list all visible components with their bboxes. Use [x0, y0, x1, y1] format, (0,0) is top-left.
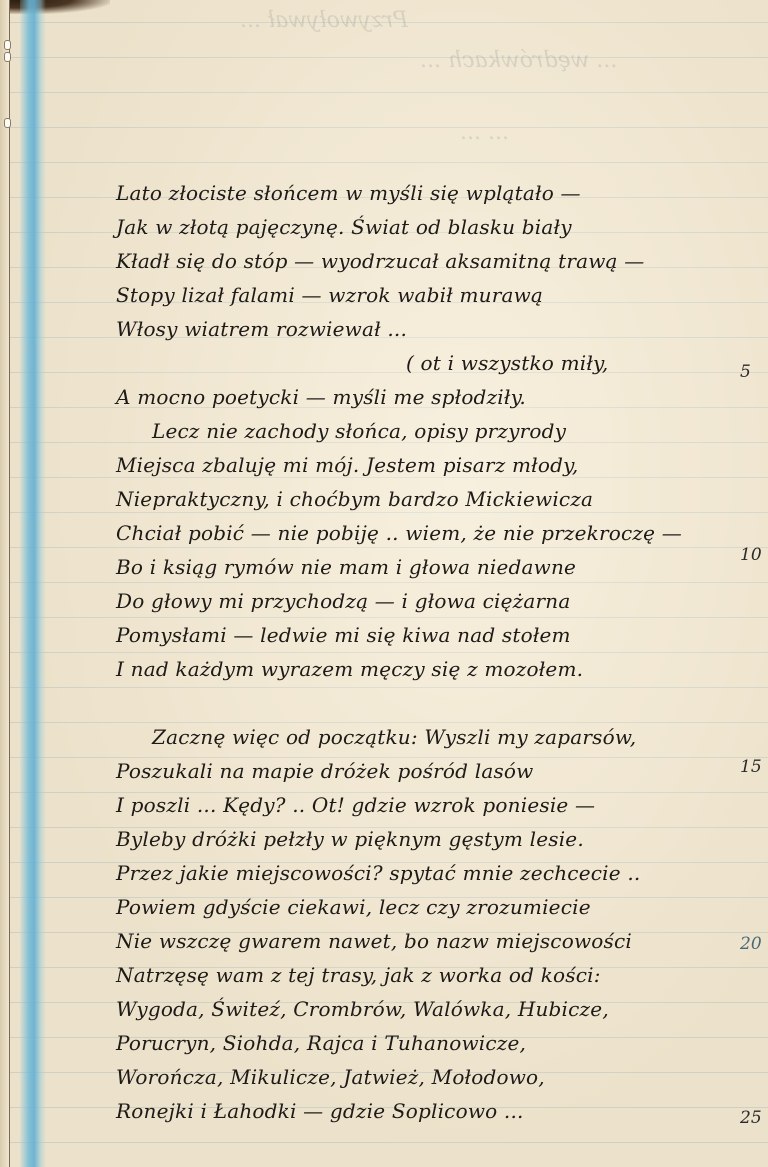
- line-number: 5: [740, 362, 751, 382]
- bleed-through-text: Przywoływał ...: [240, 8, 408, 33]
- poem-line: Lecz nie zachody słońca, opisy przyrody: [116, 414, 716, 448]
- poem-line: Włosy wiatrem rozwiewał ...: [116, 312, 716, 346]
- poem-line: Worończa, Mikulicze, Jatwież, Mołodowo,: [116, 1060, 716, 1094]
- poem-line: Miejsca zbaluję mi mój. Jestem pisarz mł…: [116, 448, 716, 482]
- poem-line-continuation: ( ot i wszystko miły,: [116, 346, 716, 380]
- poem-line: Natrzęsę wam z tej trasy, jak z worka od…: [116, 958, 716, 992]
- poem-line: Porucryn, Siohda, Rajca i Tuhanowicze,: [116, 1026, 716, 1060]
- blue-margin-line: [20, 0, 46, 1167]
- binding-hole: [4, 40, 11, 50]
- stanza-gap: [116, 686, 716, 720]
- poem-line: Ronejki i Łahodki — gdzie Soplicowo ...: [116, 1094, 716, 1128]
- binding-hole: [4, 118, 11, 128]
- poem-line: Wygoda, Świteź, Crombrów, Walówka, Hubic…: [116, 992, 716, 1026]
- poem-line: Bo i ksiąg rymów nie mam i głowa niedawn…: [116, 550, 716, 584]
- poem-body: Lato złociste słońcem w myśli się wpląta…: [116, 176, 716, 1128]
- poem-line: I poszli ... Kędy? .. Ot! gdzie wzrok po…: [116, 788, 716, 822]
- bleed-through-text: ... wędrówkach ...: [420, 48, 617, 73]
- poem-line: Do głowy mi przychodzą — i głowa ciężarn…: [116, 584, 716, 618]
- bleed-through-text: ... ...: [460, 120, 509, 145]
- poem-line: Stopy lizał falami — wzrok wabił murawą: [116, 278, 716, 312]
- line-number: 25: [740, 1108, 762, 1128]
- poem-line: Pomysłami — ledwie mi się kiwa nad stołe…: [116, 618, 716, 652]
- line-number: 15: [740, 757, 762, 777]
- corner-stain: [0, 0, 110, 14]
- poem-line: Kładł się do stóp — wyodrzucał aksamitną…: [116, 244, 716, 278]
- poem-line: I nad każdym wyrazem męczy się z mozołem…: [116, 652, 716, 686]
- poem-line: Niepraktyczny, i choćbym bardzo Mickiewi…: [116, 482, 716, 516]
- manuscript-page: Przywoływał ... ... wędrówkach ... ... .…: [0, 0, 768, 1167]
- line-number: 10: [740, 545, 762, 565]
- poem-line: Powiem gdyście ciekawi, lecz czy zrozumi…: [116, 890, 716, 924]
- poem-line: Byleby dróżki pełzły w pięknym gęstym le…: [116, 822, 716, 856]
- line-number: 20: [740, 934, 762, 954]
- notebook-binding-edge: [0, 0, 10, 1167]
- poem-line: Przez jakie miejscowości? spytać mnie ze…: [116, 856, 716, 890]
- poem-line: Poszukali na mapie dróżek pośród lasów: [116, 754, 716, 788]
- poem-line: Zacznę więc od początku: Wyszli my zapar…: [116, 720, 716, 754]
- poem-line: Lato złociste słońcem w myśli się wpląta…: [116, 176, 716, 210]
- poem-line: Jak w złotą pajęczynę. Świat od blasku b…: [116, 210, 716, 244]
- poem-line: Nie wszczę gwarem nawet, bo nazw miejsco…: [116, 924, 716, 958]
- poem-line: Chciał pobić — nie pobiję .. wiem, że ni…: [116, 516, 716, 550]
- poem-line: A mocno poetycki — myśli me spłodziły.: [116, 380, 716, 414]
- binding-hole: [4, 52, 11, 62]
